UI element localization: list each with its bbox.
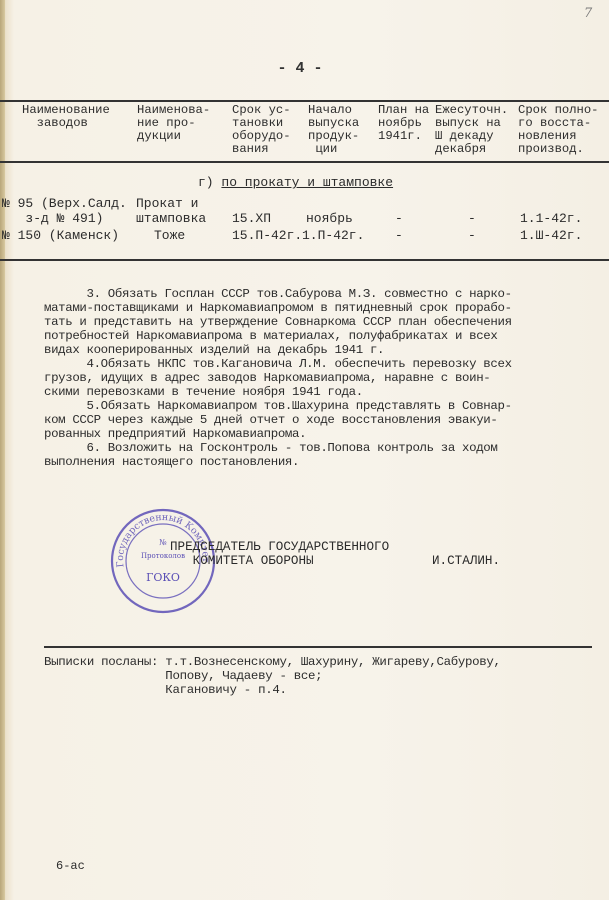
cell-start: 1.П-42г. bbox=[302, 228, 364, 243]
cell-plan: - bbox=[395, 228, 403, 243]
typist-mark: 6-ас bbox=[56, 859, 85, 873]
paragraph-3: 3. Обязать Госплан СССР тов.Сабурова М.З… bbox=[44, 287, 609, 357]
paragraph-6: 6. Возложить на Госконтроль - тов.Попова… bbox=[44, 441, 609, 469]
cell-restore: 1.1-42г. bbox=[520, 196, 582, 226]
cell-plant: № 150 (Каменск) bbox=[2, 228, 119, 243]
svg-text:№: № bbox=[159, 538, 167, 547]
signatory-name: И.СТАЛИН. bbox=[432, 554, 500, 568]
cell-plan: - bbox=[395, 196, 403, 226]
cell-daily: - bbox=[468, 228, 476, 243]
cell-restore: 1.Ш-42г. bbox=[520, 228, 582, 243]
cell-product: Прокат и штамповка bbox=[136, 196, 206, 226]
paragraph-5: 5.Обязать Наркомавиапром тов.Шахурина пр… bbox=[44, 399, 609, 441]
signatory-title: ПРЕДСЕДАТЕЛЬ ГОСУДАРСТВЕННОГО КОМИТЕТА О… bbox=[170, 540, 389, 568]
header-product: Наименова- ние про- дукции bbox=[137, 104, 210, 143]
cell-install: 15.П-42г. bbox=[232, 228, 302, 243]
distribution-list: Выписки посланы: т.т.Вознесенскому, Шаху… bbox=[44, 655, 501, 697]
header-plant: Наименование заводов bbox=[22, 104, 110, 130]
footer-rule bbox=[44, 646, 592, 648]
binding-edge bbox=[0, 0, 5, 900]
signature-block: ПРЕДСЕДАТЕЛЬ ГОСУДАРСТВЕННОГО КОМИТЕТА О… bbox=[170, 540, 389, 568]
paragraph-4: 4.Обязать НКПС тов.Кагановича Л.М. обесп… bbox=[44, 357, 609, 399]
cell-daily: - bbox=[468, 196, 476, 226]
table-section-title: г) по прокату и штамповке bbox=[198, 175, 393, 190]
cell-install: 15.ХП bbox=[232, 196, 271, 226]
header-install-date: Срок ус- тановки оборудо- вания bbox=[232, 104, 291, 156]
svg-text:ГОКО: ГОКО bbox=[146, 571, 180, 584]
cell-plant: № 95 (Верх.Салд. з-д № 491) bbox=[2, 196, 127, 226]
cell-start: ноябрь bbox=[306, 196, 353, 226]
archive-sheet-number: 7 bbox=[584, 6, 592, 21]
header-plan: План на ноябрь 1941г. bbox=[378, 104, 429, 143]
header-start: Начало выпуска продук- ции bbox=[308, 104, 359, 156]
cell-product: Тоже bbox=[154, 228, 185, 243]
page-number: - 4 - bbox=[270, 60, 330, 77]
table-top-rule bbox=[0, 100, 609, 102]
section-prefix: г) bbox=[198, 175, 221, 190]
table-bottom-rule bbox=[0, 259, 609, 261]
header-daily: Ежесуточн. выпуск на Ш декаду декабря bbox=[435, 104, 508, 156]
table-header-rule bbox=[0, 161, 609, 163]
header-restore: Срок полно- го восста- новления производ… bbox=[518, 104, 598, 156]
section-title-text: по прокату и штамповке bbox=[221, 175, 393, 190]
